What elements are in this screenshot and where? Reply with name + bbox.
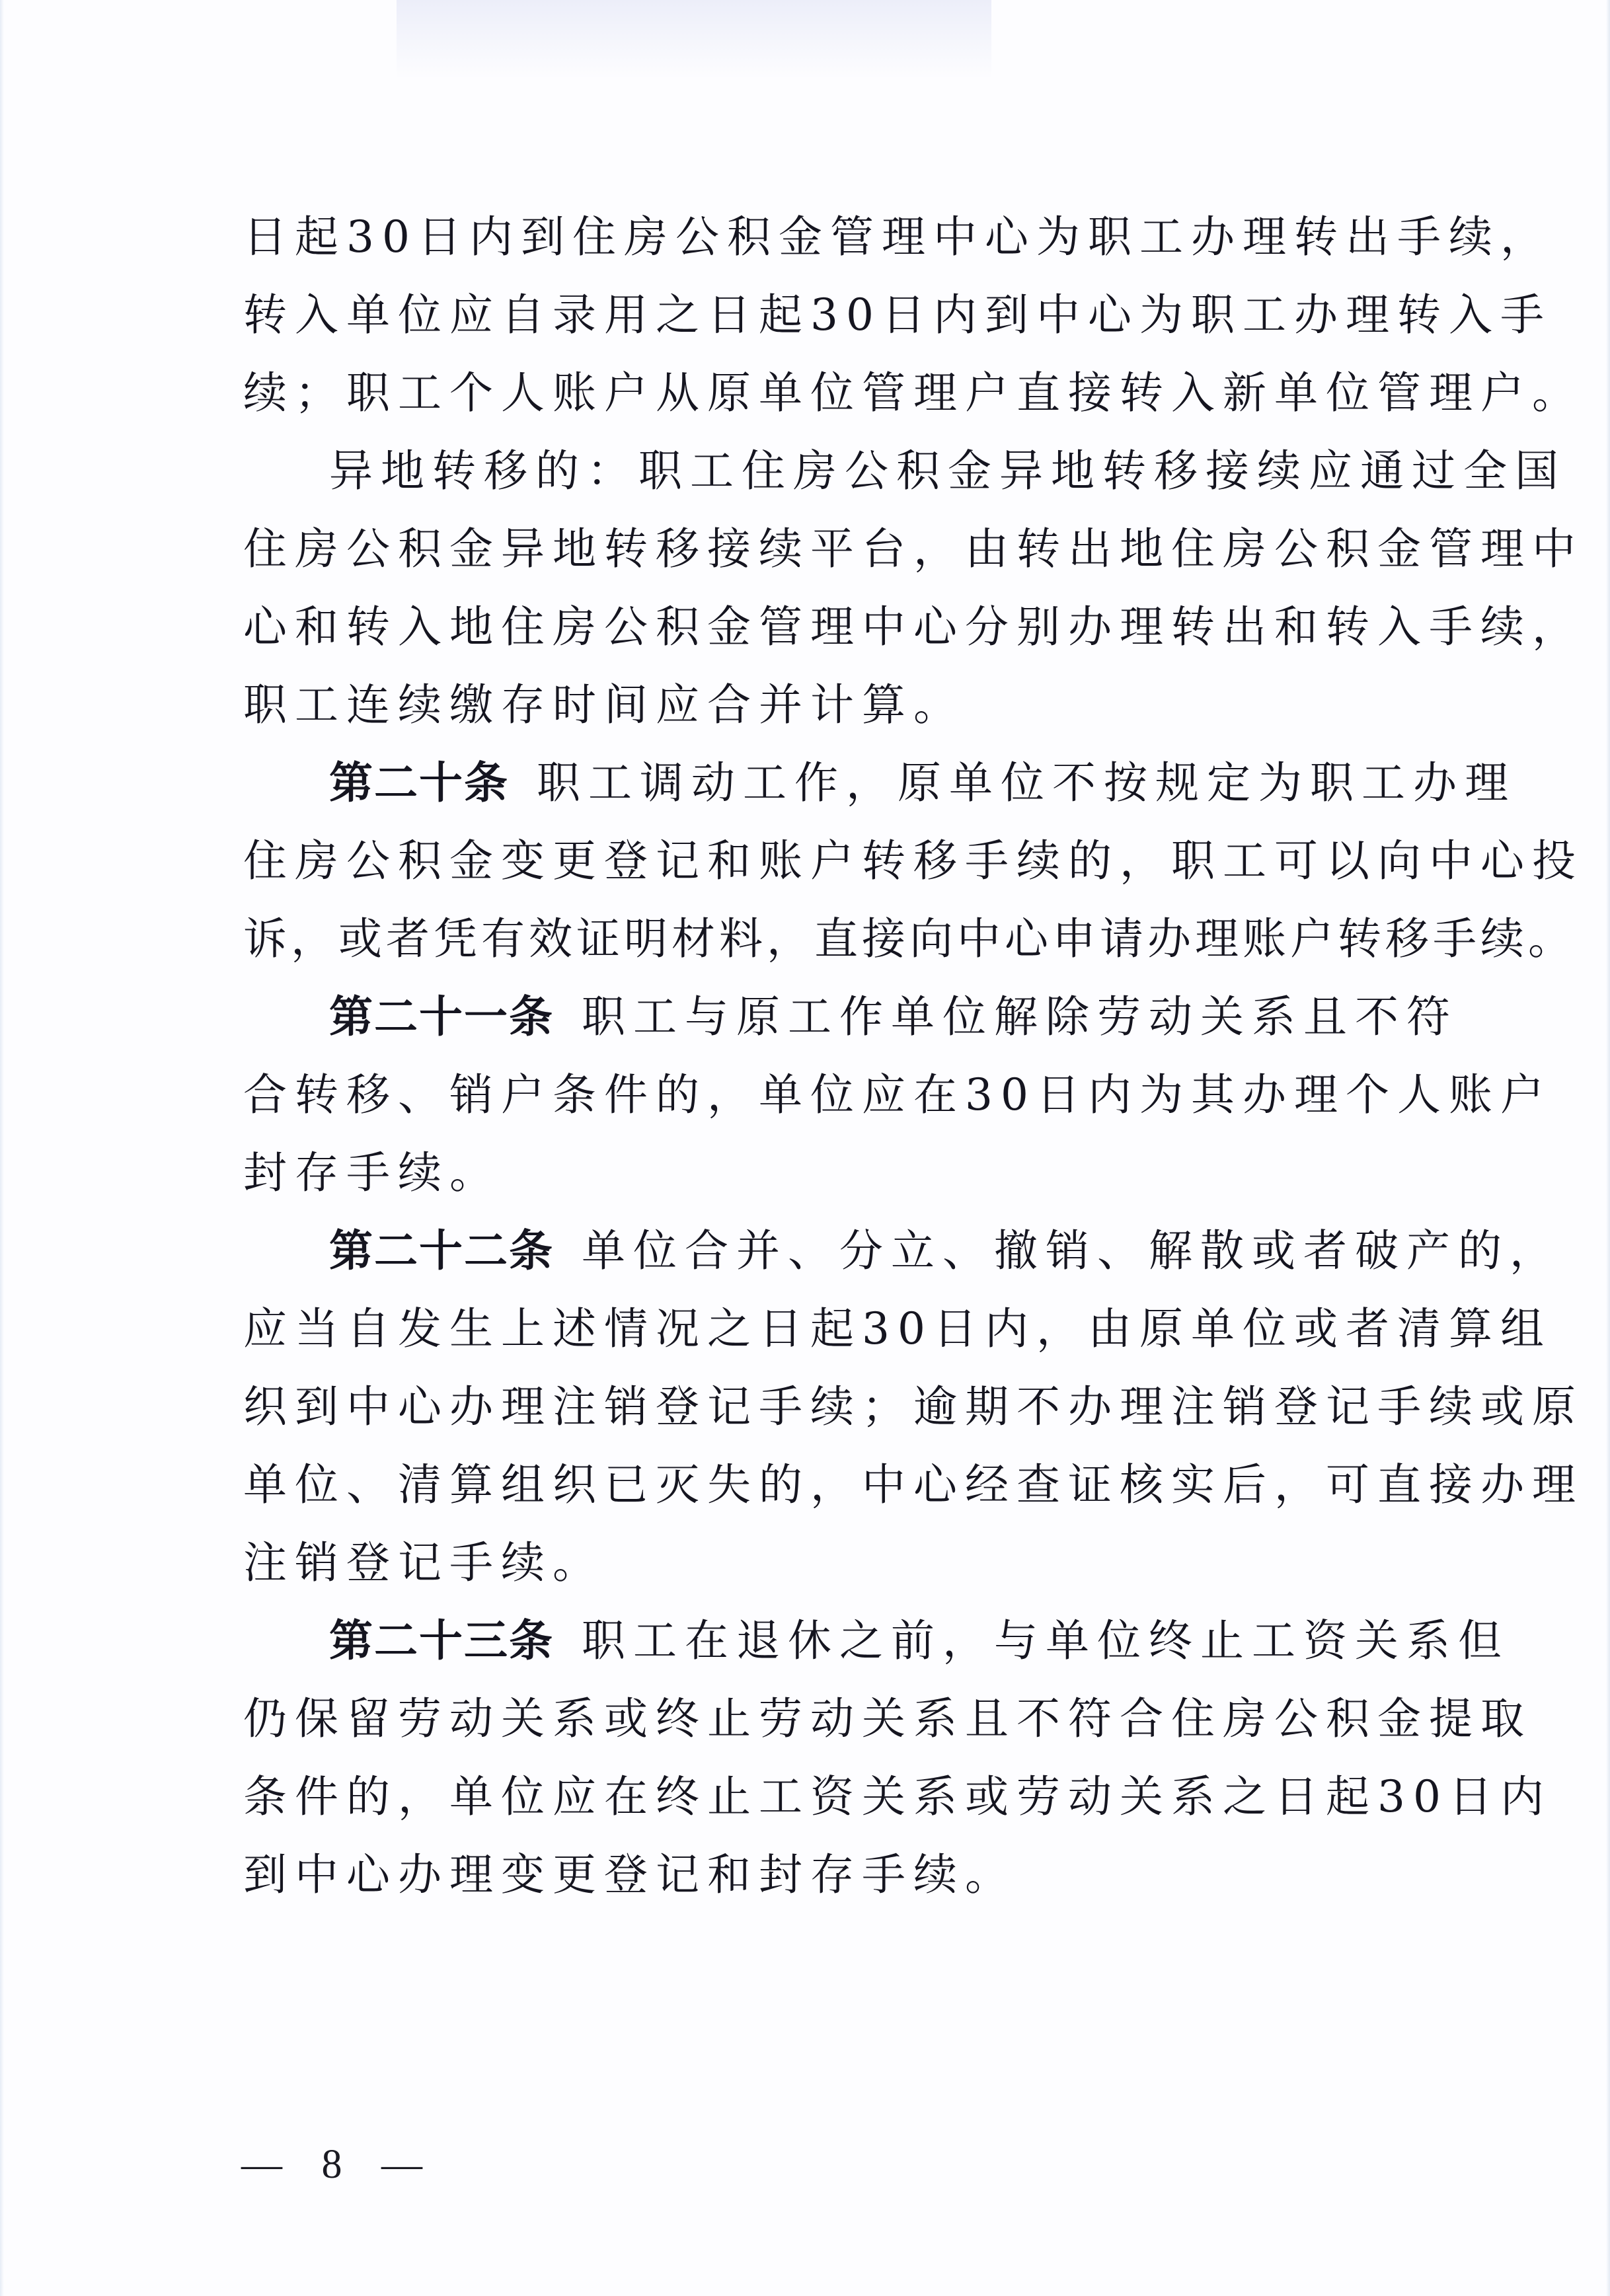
scan-edge-left — [0, 0, 4, 2296]
text-line: 转入单位应自录用之日起30日内到中心为职工办理转入手 — [243, 276, 1373, 354]
text-line: 日起30日内到住房公积金管理中心为职工办理转出手续， — [243, 198, 1373, 276]
scan-shade — [397, 0, 991, 79]
page-number: — 8 — — [241, 2141, 437, 2188]
text-line: 注销登记手续。 — [243, 1524, 1373, 1602]
text-line: 应当自发生上述情况之日起30日内，由原单位或者清算组 — [243, 1290, 1373, 1368]
text-line: 住房公积金异地转移接续平台，由转出地住房公积金管理中 — [243, 510, 1373, 588]
text-line: 职工连续缴存时间应合并计算。 — [243, 666, 1373, 744]
article-text: 单位合并、分立、撤销、解散或者破产的， — [582, 1225, 1561, 1276]
article-number: 第二十三条 — [329, 1615, 554, 1666]
text-line: 诉，或者凭有效证明材料，直接向中心申请办理账户转移手续。 — [243, 900, 1373, 978]
text-line: 第二十三条职工在退休之前，与单位终止工资关系但 — [243, 1602, 1373, 1680]
article-number: 第二十一条 — [329, 991, 554, 1042]
article-21: 第二十一条职工与原工作单位解除劳动关系且不符 合转移、销户条件的，单位应在30日… — [243, 978, 1373, 1212]
text-line: 织到中心办理注销登记手续；逾期不办理注销登记手续或原 — [243, 1368, 1373, 1446]
document-body: 日起30日内到住房公积金管理中心为职工办理转出手续， 转入单位应自录用之日起30… — [243, 198, 1373, 1914]
text-line: 第二十二条单位合并、分立、撤销、解散或者破产的， — [243, 1212, 1373, 1290]
article-text: 职工在退休之前，与单位终止工资关系但 — [582, 1615, 1510, 1666]
text-line: 单位、清算组织已灭失的，中心经查证核实后，可直接办理 — [243, 1446, 1373, 1524]
text-line: 续；职工个人账户从原单位管理户直接转入新单位管理户。 — [243, 354, 1373, 432]
article-number: 第二十二条 — [329, 1225, 554, 1276]
text-line: 仍保留劳动关系或终止劳动关系且不符合住房公积金提取 — [243, 1680, 1373, 1758]
text-line: 第二十一条职工与原工作单位解除劳动关系且不符 — [243, 978, 1373, 1056]
text-line: 住房公积金变更登记和账户转移手续的，职工可以向中心投 — [243, 822, 1373, 900]
article-text: 职工与原工作单位解除劳动关系且不符 — [582, 991, 1458, 1042]
text-line: 心和转入地住房公积金管理中心分别办理转出和转入手续， — [243, 588, 1373, 666]
article-22: 第二十二条单位合并、分立、撤销、解散或者破产的， 应当自发生上述情况之日起30日… — [243, 1212, 1373, 1602]
text-line: 合转移、销户条件的，单位应在30日内为其办理个人账户 — [243, 1056, 1373, 1134]
scan-edge-right — [1606, 0, 1610, 2296]
article-number: 第二十条 — [329, 757, 509, 808]
text-line: 条件的，单位应在终止工资关系或劳动关系之日起30日内 — [243, 1758, 1373, 1836]
text-line: 异地转移的：职工住房公积金异地转移接续应通过全国 — [243, 432, 1373, 510]
article-text: 职工调动工作，原单位不按规定为职工办理 — [537, 757, 1516, 808]
text-line: 到中心办理变更登记和封存手续。 — [243, 1836, 1373, 1914]
text-line: 第二十条职工调动工作，原单位不按规定为职工办理 — [243, 744, 1373, 822]
text-line: 封存手续。 — [243, 1134, 1373, 1212]
article-20: 第二十条职工调动工作，原单位不按规定为职工办理 住房公积金变更登记和账户转移手续… — [243, 744, 1373, 978]
paragraph-cross-region-transfer: 异地转移的：职工住房公积金异地转移接续应通过全国 住房公积金异地转移接续平台，由… — [243, 432, 1373, 744]
article-23: 第二十三条职工在退休之前，与单位终止工资关系但 仍保留劳动关系或终止劳动关系且不… — [243, 1602, 1373, 1914]
paragraph-continuation: 日起30日内到住房公积金管理中心为职工办理转出手续， 转入单位应自录用之日起30… — [243, 198, 1373, 432]
